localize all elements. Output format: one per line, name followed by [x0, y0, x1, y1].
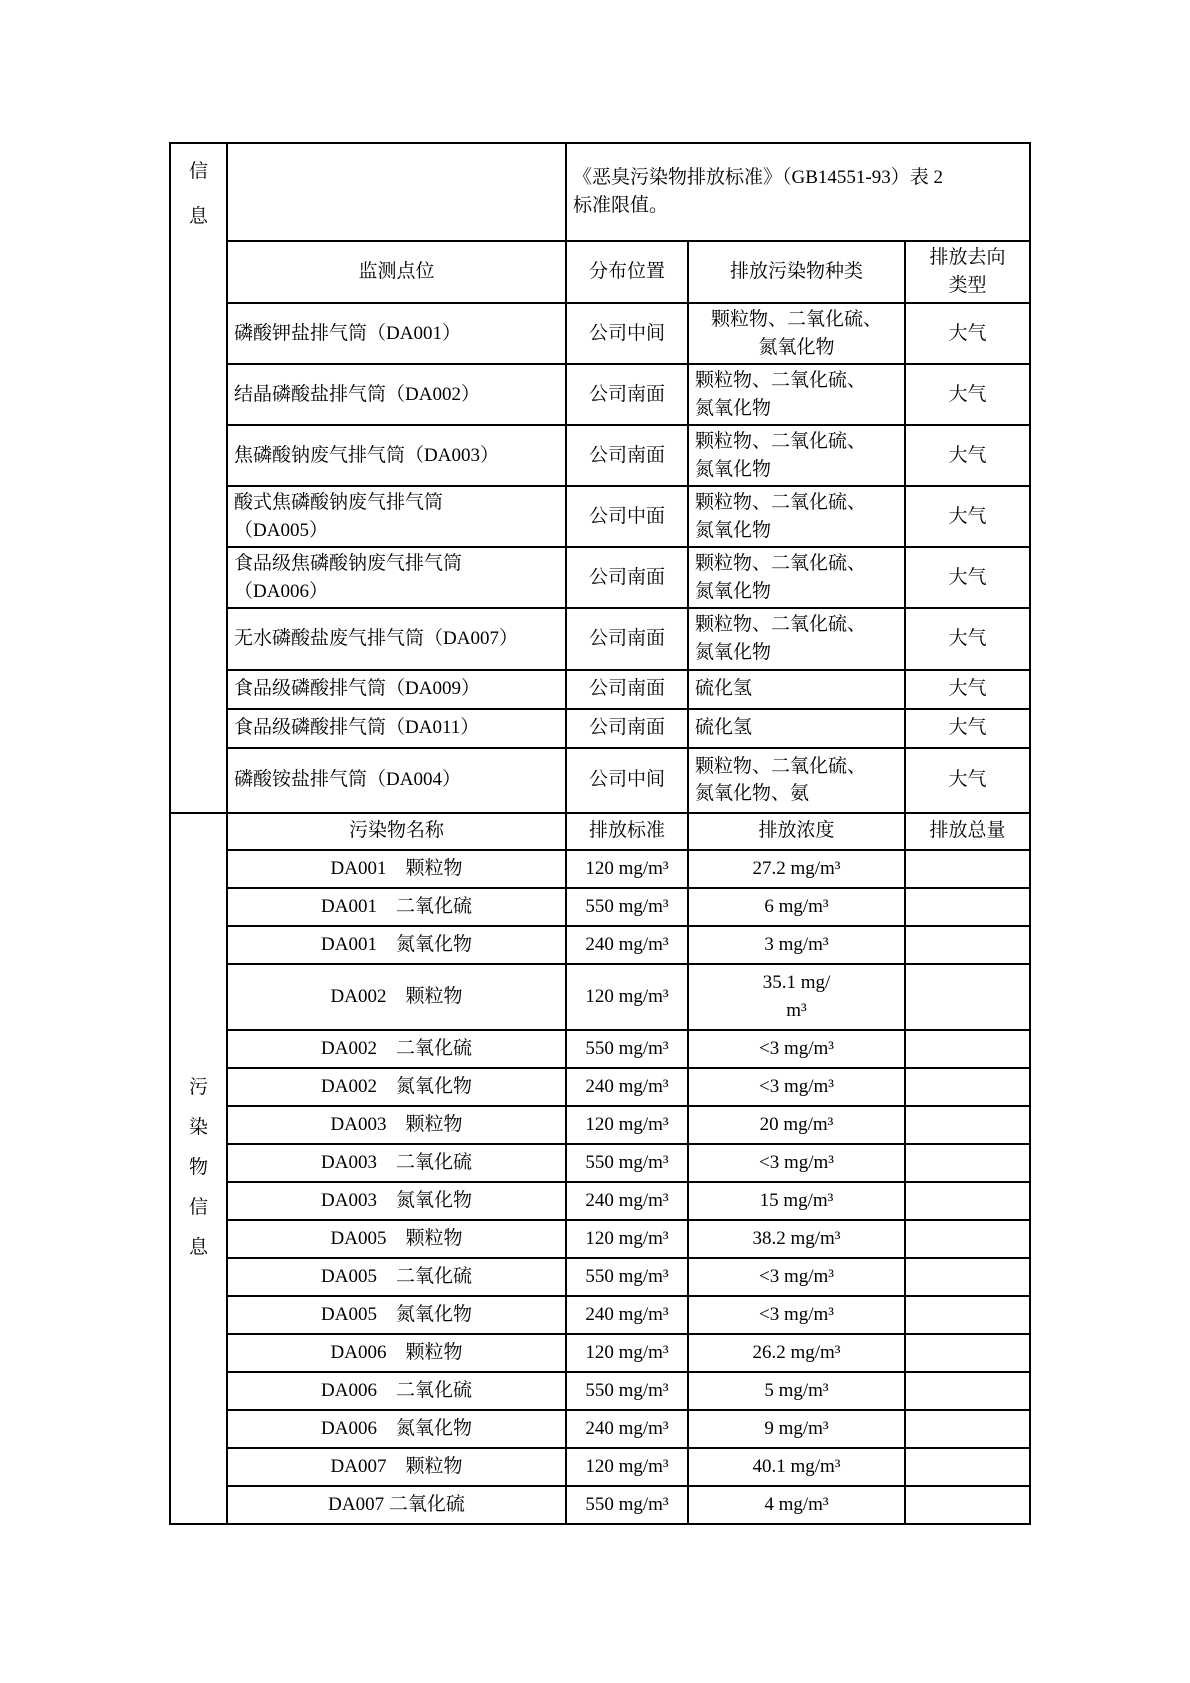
- table-row: DA001 颗粒物120 mg/m³27.2 mg/m³: [170, 850, 1030, 888]
- monitoring-point-cell: 食品级磷酸排气筒（DA009）: [227, 670, 566, 709]
- table-row: DA002 氮氧化物240 mg/m³<3 mg/m³: [170, 1068, 1030, 1106]
- table-row: DA006 二氧化硫550 mg/m³5 mg/m³: [170, 1372, 1030, 1410]
- total-cell: [905, 1030, 1030, 1068]
- total-cell: [905, 1410, 1030, 1448]
- pollutant-species-cell: 颗粒物、二氧化硫、 氮氧化物: [688, 303, 905, 364]
- pollutant-species-cell: 颗粒物、二氧化硫、 氮氧化物: [688, 608, 905, 669]
- column-header-destination: 排放去向 类型: [905, 241, 1030, 303]
- column-header-pollutant-name: 污染物名称: [227, 813, 566, 850]
- emissions-table: 信 息《恶臭污染物排放标准》（GB14551-93）表 2 标准限值。监测点位分…: [169, 142, 1031, 1525]
- standard-cell: 240 mg/m³: [566, 926, 688, 964]
- standard-cell: 550 mg/m³: [566, 1258, 688, 1296]
- destination-cell: 大气: [905, 425, 1030, 486]
- table-row: DA003 颗粒物120 mg/m³20 mg/m³: [170, 1106, 1030, 1144]
- monitoring-point-cell: 磷酸铵盐排气筒（DA004）: [227, 748, 566, 813]
- total-cell: [905, 1486, 1030, 1524]
- pollutant-name-cell: DA001 氮氧化物: [227, 926, 566, 964]
- section-label-pollutants: 污 染 物 信 息: [170, 813, 227, 1524]
- table-row: 食品级磷酸排气筒（DA011）公司南面硫化氢大气: [170, 709, 1030, 748]
- table-row: 食品级磷酸排气筒（DA009）公司南面硫化氢大气: [170, 670, 1030, 709]
- table-body: 信 息《恶臭污染物排放标准》（GB14551-93）表 2 标准限值。监测点位分…: [170, 143, 1030, 1524]
- table-row: DA006 颗粒物120 mg/m³26.2 mg/m³: [170, 1334, 1030, 1372]
- location-cell: 公司中间: [566, 303, 688, 364]
- pollutant-species-cell: 硫化氢: [688, 670, 905, 709]
- pollutant-species-cell: 颗粒物、二氧化硫、 氮氧化物: [688, 547, 905, 608]
- total-cell: [905, 1372, 1030, 1410]
- standard-cell: 240 mg/m³: [566, 1296, 688, 1334]
- concentration-cell: 5 mg/m³: [688, 1372, 905, 1410]
- location-cell: 公司中面: [566, 486, 688, 547]
- location-cell: 公司中间: [566, 748, 688, 813]
- pollutant-name-cell: DA006 二氧化硫: [227, 1372, 566, 1410]
- concentration-cell: <3 mg/m³: [688, 1068, 905, 1106]
- total-cell: [905, 1182, 1030, 1220]
- standard-cell: 120 mg/m³: [566, 850, 688, 888]
- table-row: 酸式焦磷酸钠废气排气筒 （DA005）公司中面颗粒物、二氧化硫、 氮氧化物大气: [170, 486, 1030, 547]
- table-row: DA001 氮氧化物240 mg/m³3 mg/m³: [170, 926, 1030, 964]
- destination-cell: 大气: [905, 748, 1030, 813]
- standard-cell: 550 mg/m³: [566, 1372, 688, 1410]
- table-row: DA006 氮氧化物240 mg/m³9 mg/m³: [170, 1410, 1030, 1448]
- concentration-cell: 15 mg/m³: [688, 1182, 905, 1220]
- location-cell: 公司南面: [566, 425, 688, 486]
- pollutant-name-cell: DA005 颗粒物: [227, 1220, 566, 1258]
- column-header-emission-total: 排放总量: [905, 813, 1030, 850]
- concentration-cell: <3 mg/m³: [688, 1030, 905, 1068]
- total-cell: [905, 888, 1030, 926]
- total-cell: [905, 964, 1030, 1030]
- destination-cell: 大气: [905, 709, 1030, 748]
- section-label-info: 信 息: [170, 143, 227, 813]
- pollutant-name-cell: DA001 二氧化硫: [227, 888, 566, 926]
- pollutant-name-cell: DA002 颗粒物: [227, 964, 566, 1030]
- pollutant-name-cell: DA003 颗粒物: [227, 1106, 566, 1144]
- pollutant-name-cell: DA003 氮氧化物: [227, 1182, 566, 1220]
- total-cell: [905, 1068, 1030, 1106]
- table-row: DA005 二氧化硫550 mg/m³<3 mg/m³: [170, 1258, 1030, 1296]
- table-row: DA003 氮氧化物240 mg/m³15 mg/m³: [170, 1182, 1030, 1220]
- table-row: DA005 氮氧化物240 mg/m³<3 mg/m³: [170, 1296, 1030, 1334]
- destination-cell: 大气: [905, 547, 1030, 608]
- location-cell: 公司南面: [566, 670, 688, 709]
- pollutant-species-cell: 颗粒物、二氧化硫、 氮氧化物、氨: [688, 748, 905, 813]
- standard-cell: 240 mg/m³: [566, 1182, 688, 1220]
- standard-cell: 120 mg/m³: [566, 1334, 688, 1372]
- total-cell: [905, 1334, 1030, 1372]
- monitoring-point-cell: 结晶磷酸盐排气筒（DA002）: [227, 364, 566, 425]
- pollutant-species-cell: 颗粒物、二氧化硫、 氮氧化物: [688, 425, 905, 486]
- table-row: DA002 二氧化硫550 mg/m³<3 mg/m³: [170, 1030, 1030, 1068]
- table-row: 结晶磷酸盐排气筒（DA002）公司南面颗粒物、二氧化硫、 氮氧化物大气: [170, 364, 1030, 425]
- destination-cell: 大气: [905, 364, 1030, 425]
- table-row: 食品级焦磷酸钠废气排气筒 （DA006）公司南面颗粒物、二氧化硫、 氮氧化物大气: [170, 547, 1030, 608]
- column-header-monitoring-point: 监测点位: [227, 241, 566, 303]
- concentration-cell: 35.1 mg/ m³: [688, 964, 905, 1030]
- destination-cell: 大气: [905, 608, 1030, 669]
- concentration-cell: 20 mg/m³: [688, 1106, 905, 1144]
- standard-cell: 120 mg/m³: [566, 1106, 688, 1144]
- standards-row: 信 息《恶臭污染物排放标准》（GB14551-93）表 2 标准限值。: [170, 143, 1030, 241]
- monitoring-point-cell: 磷酸钾盐排气筒（DA001）: [227, 303, 566, 364]
- table-row: DA007 颗粒物120 mg/m³40.1 mg/m³: [170, 1448, 1030, 1486]
- standard-cell: 550 mg/m³: [566, 888, 688, 926]
- destination-cell: 大气: [905, 303, 1030, 364]
- location-cell: 公司南面: [566, 364, 688, 425]
- concentration-cell: <3 mg/m³: [688, 1258, 905, 1296]
- concentration-cell: <3 mg/m³: [688, 1296, 905, 1334]
- total-cell: [905, 1296, 1030, 1334]
- pollutant-name-cell: DA006 颗粒物: [227, 1334, 566, 1372]
- standard-cell: 550 mg/m³: [566, 1486, 688, 1524]
- destination-cell: 大气: [905, 670, 1030, 709]
- pollutant-name-cell: DA005 氮氧化物: [227, 1296, 566, 1334]
- table-row: DA001 二氧化硫550 mg/m³6 mg/m³: [170, 888, 1030, 926]
- total-cell: [905, 1220, 1030, 1258]
- standard-cell: 120 mg/m³: [566, 1448, 688, 1486]
- concentration-cell: 27.2 mg/m³: [688, 850, 905, 888]
- pollutant-name-cell: DA001 颗粒物: [227, 850, 566, 888]
- standard-cell: 120 mg/m³: [566, 964, 688, 1030]
- monitoring-point-cell: 无水磷酸盐废气排气筒（DA007）: [227, 608, 566, 669]
- table-row: 无水磷酸盐废气排气筒（DA007）公司南面颗粒物、二氧化硫、 氮氧化物大气: [170, 608, 1030, 669]
- column-header-emission-concentration: 排放浓度: [688, 813, 905, 850]
- monitoring-point-cell: 焦磷酸钠废气排气筒（DA003）: [227, 425, 566, 486]
- total-cell: [905, 1258, 1030, 1296]
- location-cell: 公司南面: [566, 608, 688, 669]
- concentration-cell: 38.2 mg/m³: [688, 1220, 905, 1258]
- pollutant-name-cell: DA002 氮氧化物: [227, 1068, 566, 1106]
- standard-cell: 240 mg/m³: [566, 1068, 688, 1106]
- column-header-location: 分布位置: [566, 241, 688, 303]
- empty-cell: [227, 143, 566, 241]
- table-row: DA003 二氧化硫550 mg/m³<3 mg/m³: [170, 1144, 1030, 1182]
- standard-cell: 550 mg/m³: [566, 1144, 688, 1182]
- pollutant-name-cell: DA002 二氧化硫: [227, 1030, 566, 1068]
- table-row: 焦磷酸钠废气排气筒（DA003）公司南面颗粒物、二氧化硫、 氮氧化物大气: [170, 425, 1030, 486]
- pollutant-name-cell: DA005 二氧化硫: [227, 1258, 566, 1296]
- pollutant-name-cell: DA007 二氧化硫: [227, 1486, 566, 1524]
- total-cell: [905, 1106, 1030, 1144]
- total-cell: [905, 1448, 1030, 1486]
- pollutant-name-cell: DA006 氮氧化物: [227, 1410, 566, 1448]
- concentration-cell: 26.2 mg/m³: [688, 1334, 905, 1372]
- standard-cell: 240 mg/m³: [566, 1410, 688, 1448]
- total-cell: [905, 850, 1030, 888]
- total-cell: [905, 926, 1030, 964]
- concentration-cell: 4 mg/m³: [688, 1486, 905, 1524]
- table-row: DA005 颗粒物120 mg/m³38.2 mg/m³: [170, 1220, 1030, 1258]
- destination-cell: 大气: [905, 486, 1030, 547]
- pollutant-species-cell: 颗粒物、二氧化硫、 氮氧化物: [688, 364, 905, 425]
- pollutant-name-cell: DA003 二氧化硫: [227, 1144, 566, 1182]
- pollutant-species-cell: 硫化氢: [688, 709, 905, 748]
- concentration-cell: 40.1 mg/m³: [688, 1448, 905, 1486]
- document-page: 信 息《恶臭污染物排放标准》（GB14551-93）表 2 标准限值。监测点位分…: [0, 0, 1190, 1683]
- table-row: DA007 二氧化硫550 mg/m³4 mg/m³: [170, 1486, 1030, 1524]
- monitoring-point-cell: 食品级磷酸排气筒（DA011）: [227, 709, 566, 748]
- location-cell: 公司南面: [566, 547, 688, 608]
- pollutant-name-cell: DA007 颗粒物: [227, 1448, 566, 1486]
- monitoring-point-cell: 酸式焦磷酸钠废气排气筒 （DA005）: [227, 486, 566, 547]
- column-header-pollutant-species: 排放污染物种类: [688, 241, 905, 303]
- monitoring-header-row: 监测点位分布位置排放污染物种类排放去向 类型: [170, 241, 1030, 303]
- pollutant-species-cell: 颗粒物、二氧化硫、 氮氧化物: [688, 486, 905, 547]
- table-row: 磷酸铵盐排气筒（DA004）公司中间颗粒物、二氧化硫、 氮氧化物、氨大气: [170, 748, 1030, 813]
- column-header-emission-standard: 排放标准: [566, 813, 688, 850]
- concentration-cell: 9 mg/m³: [688, 1410, 905, 1448]
- total-cell: [905, 1144, 1030, 1182]
- standard-cell: 550 mg/m³: [566, 1030, 688, 1068]
- concentration-cell: <3 mg/m³: [688, 1144, 905, 1182]
- table-row: DA002 颗粒物120 mg/m³35.1 mg/ m³: [170, 964, 1030, 1030]
- standard-cell: 120 mg/m³: [566, 1220, 688, 1258]
- pollutant-header-row: 污 染 物 信 息污染物名称排放标准排放浓度排放总量: [170, 813, 1030, 850]
- monitoring-point-cell: 食品级焦磷酸钠废气排气筒 （DA006）: [227, 547, 566, 608]
- standards-note: 《恶臭污染物排放标准》（GB14551-93）表 2 标准限值。: [566, 143, 1030, 241]
- table-row: 磷酸钾盐排气筒（DA001）公司中间颗粒物、二氧化硫、 氮氧化物大气: [170, 303, 1030, 364]
- concentration-cell: 3 mg/m³: [688, 926, 905, 964]
- location-cell: 公司南面: [566, 709, 688, 748]
- concentration-cell: 6 mg/m³: [688, 888, 905, 926]
